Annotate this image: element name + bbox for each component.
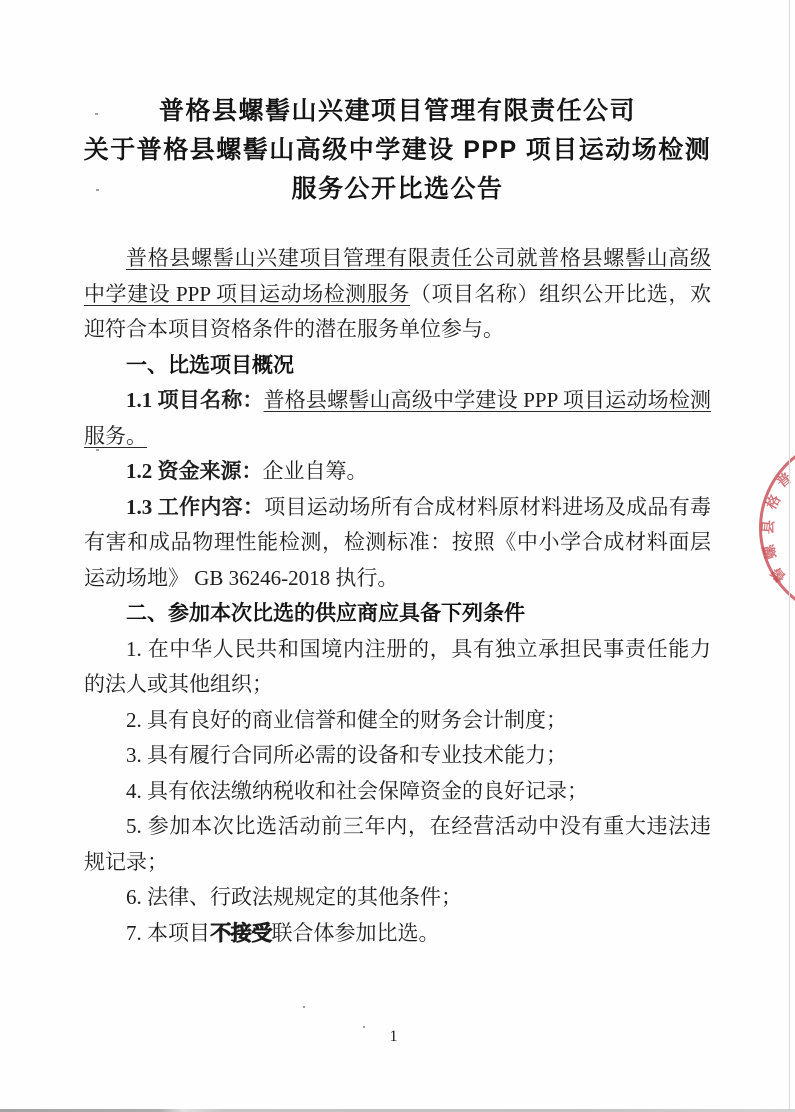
scope-label: 1.3 工作内容： bbox=[126, 495, 264, 519]
document-page: 普格县螺髻山兴建项目管理有限责任公司 关于普格县螺髻山高级中学建设 PPP 项目… bbox=[0, 0, 795, 1112]
seal-character: 县 bbox=[757, 519, 778, 535]
requirement-item-1: 1. 在中华人民共和国境内注册的，具有独立承担民事责任能力的法人或其他组织； bbox=[84, 632, 711, 703]
item-7-suffix: 联合体参加比选。 bbox=[272, 921, 440, 945]
scan-speck bbox=[303, 1006, 305, 1008]
item-7-prefix: 7. 本项目 bbox=[126, 921, 210, 945]
scan-crease-line bbox=[789, 0, 790, 1112]
document-body: 普格县螺髻山兴建项目管理有限责任公司就普格县螺髻山高级中学建设 PPP 项目运动… bbox=[84, 241, 711, 951]
item-funding-source: 1.2 资金来源：企业自筹。 bbox=[84, 454, 711, 490]
requirement-item-3: 3. 具有履行合同所必需的设备和专业技术能力； bbox=[84, 738, 711, 774]
funding-value: 企业自筹。 bbox=[263, 459, 368, 483]
scan-speck bbox=[95, 293, 98, 296]
project-name-label: 1.1 项目名称： bbox=[126, 388, 264, 412]
requirement-item-7: 7. 本项目不接受联合体参加比选。 bbox=[84, 916, 711, 952]
document-title: 普格县螺髻山兴建项目管理有限责任公司 关于普格县螺髻山高级中学建设 PPP 项目… bbox=[0, 0, 795, 209]
scan-speck bbox=[96, 189, 99, 191]
section-2-heading: 二、参加本次比选的供应商应具备下列条件 bbox=[84, 596, 711, 632]
requirement-item-4: 4. 具有依法缴纳税收和社会保障资金的良好记录； bbox=[84, 774, 711, 810]
item-7-emphasis: 不接受 bbox=[210, 921, 272, 945]
item-work-scope: 1.3 工作内容：项目运动场所有合成材料原材料进场及成品有毒有害和成品物理性能检… bbox=[84, 490, 711, 597]
funding-label: 1.2 资金来源： bbox=[126, 459, 263, 483]
scan-speck bbox=[95, 113, 98, 115]
intro-paragraph: 普格县螺髻山兴建项目管理有限责任公司就普格县螺髻山高级中学建设 PPP 项目运动… bbox=[84, 241, 711, 348]
title-line-1: 普格县螺髻山兴建项目管理有限责任公司 bbox=[0, 92, 795, 131]
section-1-heading: 一、比选项目概况 bbox=[84, 348, 711, 384]
item-project-name: 1.1 项目名称：普格县螺髻山高级中学建设 PPP 项目运动场检测服务。 bbox=[84, 383, 711, 454]
requirement-item-2: 2. 具有良好的商业信誉和健全的财务会计制度； bbox=[84, 703, 711, 739]
scan-speck bbox=[96, 449, 99, 451]
page-number: 1 bbox=[0, 1028, 787, 1046]
title-line-3: 服务公开比选公告 bbox=[0, 170, 795, 209]
title-line-2: 关于普格县螺髻山高级中学建设 PPP 项目运动场检测 bbox=[0, 131, 795, 170]
requirement-item-6: 6. 法律、行政法规规定的其他条件； bbox=[84, 880, 711, 916]
scan-speck bbox=[363, 1026, 365, 1028]
requirement-item-5: 5. 参加本次比选活动前三年内，在经营活动中没有重大违法违规记录； bbox=[84, 809, 711, 880]
